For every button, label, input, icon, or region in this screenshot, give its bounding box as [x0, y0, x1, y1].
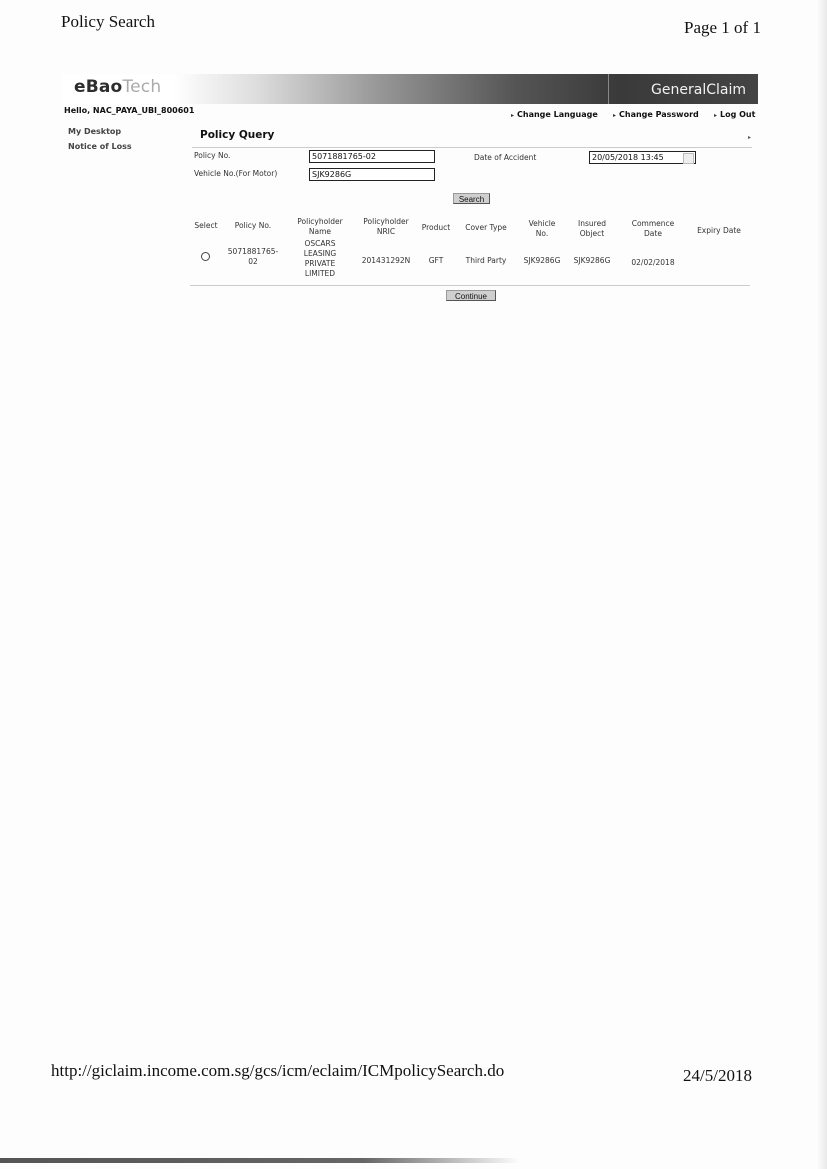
- row-select-radio[interactable]: [201, 252, 210, 261]
- column-header-policy-no: Policy No.: [226, 221, 280, 231]
- section-divider: [192, 147, 752, 148]
- cell-vehicle-no: SJK9286G: [518, 256, 566, 266]
- column-header-cover-type: Cover Type: [460, 223, 512, 233]
- cell-policy-no: 5071881765-02: [222, 247, 284, 267]
- cell-commence-date: 02/02/2018: [624, 258, 682, 268]
- bullet-icon: ▸: [613, 112, 616, 119]
- search-button[interactable]: Search: [453, 193, 490, 204]
- table-divider: [190, 285, 750, 286]
- date-of-accident-label: Date of Accident: [474, 153, 536, 162]
- scan-edge-shadow: [0, 1158, 520, 1163]
- column-header-expiry-date: Expiry Date: [692, 226, 746, 236]
- change-language-link[interactable]: ▸Change Language: [511, 110, 598, 119]
- ebaotech-logo: eBaoTech: [74, 77, 161, 97]
- date-of-accident-input[interactable]: [589, 151, 696, 164]
- print-footer-url: http://giclaim.income.com.sg/gcs/icm/ecl…: [51, 1061, 504, 1081]
- column-header-insured-object: InsuredObject: [570, 219, 614, 239]
- print-footer-date: 24/5/2018: [683, 1066, 752, 1086]
- print-page-number: Page 1 of 1: [684, 18, 761, 38]
- cell-product: GFT: [419, 256, 453, 266]
- calendar-icon[interactable]: [683, 153, 694, 164]
- column-header-commence-date: CommenceDate: [624, 219, 682, 239]
- app-banner: eBaoTech GeneralClaim: [62, 74, 758, 104]
- vehicle-no-label: Vehicle No.(For Motor): [194, 169, 277, 178]
- section-title: Policy Query: [200, 129, 274, 141]
- policy-no-label: Policy No.: [194, 151, 230, 160]
- cell-cover-type: Third Party: [460, 256, 512, 266]
- app-name: GeneralClaim: [651, 82, 746, 98]
- scan-edge-right: [817, 0, 827, 1169]
- column-header-vehicle-no: VehicleNo.: [520, 219, 564, 239]
- user-greeting: Hello, NAC_PAYA_UBI_800601: [64, 106, 194, 115]
- sidebar-item-my-desktop[interactable]: My Desktop: [68, 127, 121, 136]
- change-password-link[interactable]: ▸Change Password: [613, 110, 699, 119]
- cell-policyholder-nric: 201431292N: [356, 256, 416, 266]
- banner-divider: [608, 74, 609, 104]
- print-header-title: Policy Search: [61, 12, 155, 32]
- bullet-icon: ▸: [511, 112, 514, 119]
- column-header-select: Select: [190, 221, 222, 231]
- cell-policyholder-name: OSCARSLEASINGPRIVATELIMITED: [292, 239, 348, 279]
- column-header-product: Product: [419, 223, 453, 233]
- continue-button[interactable]: Continue: [446, 290, 496, 301]
- column-header-policyholder-name: PolicyholderName: [292, 217, 348, 237]
- column-header-policyholder-nric: PolicyholderNRIC: [358, 217, 414, 237]
- vehicle-no-input[interactable]: [309, 168, 435, 181]
- bullet-icon: ▸: [714, 112, 717, 119]
- sidebar-item-notice-of-loss[interactable]: Notice of Loss: [68, 142, 132, 151]
- collapse-arrow-icon[interactable]: ▸: [748, 134, 751, 141]
- cell-insured-object: SJK9286G: [568, 256, 616, 266]
- policy-no-input[interactable]: [309, 150, 435, 163]
- log-out-link[interactable]: ▸Log Out: [714, 110, 755, 119]
